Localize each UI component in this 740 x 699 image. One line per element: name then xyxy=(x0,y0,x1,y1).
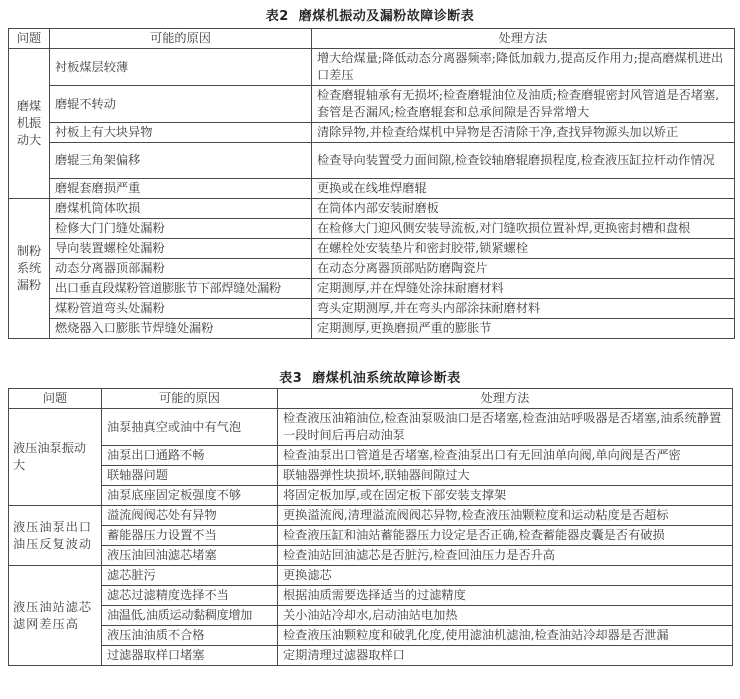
cause-cell: 滤芯过滤精度选择不当 xyxy=(102,586,278,606)
table-row: 制粉系统漏粉 磨煤机筒体吹损 在筒体内部安装耐磨板 xyxy=(9,199,735,219)
method-cell: 在螺栓处安装垫片和密封胶带,锁紧螺栓 xyxy=(312,239,735,259)
table-row: 蓄能器压力设置不当 检查液压缸和油站蓄能器压力设定是否正确,检查蓄能器皮囊是否有… xyxy=(9,526,733,546)
method-cell: 检查液压油箱油位,检查油泵吸油口是否堵塞,检查油站呼吸器是否堵塞,油系统静置一段… xyxy=(278,409,733,446)
method-cell: 检查导向装置受力面间隙,检查铰轴磨辊磨损程度,检查液压缸拉杆动作情况 xyxy=(312,143,735,179)
table3-issue-pressure-fluctuation: 液压油泵出口油压反复波动 xyxy=(9,506,102,566)
method-cell: 检查磨辊轴承有无损坏;检查磨辊油位及油质;检查磨辊密封风管道是否堵塞,套管是否漏… xyxy=(312,86,735,123)
table3-caption-title: 磨煤机油系统故障诊断表 xyxy=(312,371,461,386)
table3-caption: 表3磨煤机油系统故障诊断表 xyxy=(0,367,740,386)
cause-cell: 磨辊不转动 xyxy=(50,86,312,123)
cause-cell: 检修大门门缝处漏粉 xyxy=(50,219,312,239)
table2-header-method: 处理方法 xyxy=(312,29,735,49)
table-row: 联轴器问题 联轴器弹性块损坏,联轴器间隙过大 xyxy=(9,466,733,486)
table-row: 液压油油质不合格 检查液压油颗粒度和破乳化度,使用滤油机滤油,检查油站冷却器是否… xyxy=(9,626,733,646)
method-cell: 清除异物,并检查给煤机中异物是否清除干净,查找异物源头加以矫正 xyxy=(312,123,735,143)
cause-cell: 动态分离器顶部漏粉 xyxy=(50,259,312,279)
cause-cell: 衬板煤层较薄 xyxy=(50,49,312,86)
method-cell: 定期测厚,更换磨损严重的膨胀节 xyxy=(312,319,735,339)
table-row: 检修大门门缝处漏粉 在检修大门迎风侧安装导流板,对门缝吹损位置补焊,更换密封槽和… xyxy=(9,219,735,239)
cause-cell: 磨辊三角架偏移 xyxy=(50,143,312,179)
table-row: 导向装置螺栓处漏粉 在螺栓处安装垫片和密封胶带,锁紧螺栓 xyxy=(9,239,735,259)
method-cell: 在检修大门迎风侧安装导流板,对门缝吹损位置补焊,更换密封槽和盘根 xyxy=(312,219,735,239)
table-row: 动态分离器顶部漏粉 在动态分离器顶部贴防磨陶瓷片 xyxy=(9,259,735,279)
table2-header-issue: 问题 xyxy=(9,29,50,49)
cause-cell: 油泵底座固定板强度不够 xyxy=(102,486,278,506)
method-cell: 在动态分离器顶部贴防磨陶瓷片 xyxy=(312,259,735,279)
cause-cell: 蓄能器压力设置不当 xyxy=(102,526,278,546)
table2-issue-powder-leak: 制粉系统漏粉 xyxy=(9,199,50,339)
cause-cell: 联轴器问题 xyxy=(102,466,278,486)
table-row: 衬板上有大块异物 清除异物,并检查给煤机中异物是否清除干净,查找异物源头加以矫正 xyxy=(9,123,735,143)
cause-cell: 溢流阀阀芯处有异物 xyxy=(102,506,278,526)
cause-cell: 磨煤机筒体吹损 xyxy=(50,199,312,219)
cause-cell: 液压油油质不合格 xyxy=(102,626,278,646)
table2-header-cause: 可能的原因 xyxy=(50,29,312,49)
method-cell: 更换或在线堆焊磨辊 xyxy=(312,179,735,199)
method-cell: 在筒体内部安装耐磨板 xyxy=(312,199,735,219)
table2-caption-number: 表2 xyxy=(266,9,289,24)
method-cell: 关小油站冷却水,启动油站电加热 xyxy=(278,606,733,626)
table3-header-method: 处理方法 xyxy=(278,389,733,409)
table3-caption-number: 表3 xyxy=(279,371,302,386)
table2-header-row: 问题 可能的原因 处理方法 xyxy=(9,29,735,49)
method-cell: 弯头定期测厚,并在弯头内部涂抹耐磨材料 xyxy=(312,299,735,319)
method-cell: 检查油站回油滤芯是否脏污,检查回油压力是否升高 xyxy=(278,546,733,566)
cause-cell: 油温低,油质运动黏稠度增加 xyxy=(102,606,278,626)
table-row: 液压油回油滤芯堵塞 检查油站回油滤芯是否脏污,检查回油压力是否升高 xyxy=(9,546,733,566)
table-row: 油温低,油质运动黏稠度增加 关小油站冷却水,启动油站电加热 xyxy=(9,606,733,626)
cause-cell: 油泵出口通路不畅 xyxy=(102,446,278,466)
cause-cell: 煤粉管道弯头处漏粉 xyxy=(50,299,312,319)
table-row: 液压油泵振动大 油泵抽真空或油中有气泡 检查液压油箱油位,检查油泵吸油口是否堵塞… xyxy=(9,409,733,446)
table-row: 滤芯过滤精度选择不当 根据油质需要选择适当的过滤精度 xyxy=(9,586,733,606)
method-cell: 更换滤芯 xyxy=(278,566,733,586)
table3-issue-pump-vibration: 液压油泵振动大 xyxy=(9,409,102,506)
table-row: 油泵出口通路不畅 检查油泵出口管道是否堵塞,检查油泵出口有无回油单向阀,单向阀是… xyxy=(9,446,733,466)
table2-fault-diagnosis: 问题 可能的原因 处理方法 磨煤机振动大 衬板煤层较薄 增大给煤量;降低动态分离… xyxy=(8,28,735,339)
table2-caption: 表2磨煤机振动及漏粉故障诊断表 xyxy=(0,5,740,24)
cause-cell: 过滤器取样口堵塞 xyxy=(102,646,278,666)
method-cell: 增大给煤量;降低动态分离器频率;降低加载力,提高反作用力;提高磨煤机进出口差压 xyxy=(312,49,735,86)
cause-cell: 衬板上有大块异物 xyxy=(50,123,312,143)
cause-cell: 出口垂直段煤粉管道膨胀节下部焊缝处漏粉 xyxy=(50,279,312,299)
method-cell: 根据油质需要选择适当的过滤精度 xyxy=(278,586,733,606)
table-row: 液压油泵出口油压反复波动 溢流阀阀芯处有异物 更换溢流阀,清理溢流阀阀芯异物,检… xyxy=(9,506,733,526)
method-cell: 检查液压油颗粒度和破乳化度,使用滤油机滤油,检查油站冷却器是否泄漏 xyxy=(278,626,733,646)
table2-issue-mill-vibration: 磨煤机振动大 xyxy=(9,49,50,199)
table3-header-issue: 问题 xyxy=(9,389,102,409)
method-cell: 检查油泵出口管道是否堵塞,检查油泵出口有无回油单向阀,单向阀是否严密 xyxy=(278,446,733,466)
table3-oil-system-diagnosis: 问题 可能的原因 处理方法 液压油泵振动大 油泵抽真空或油中有气泡 检查液压油箱… xyxy=(8,388,733,666)
table-row: 油泵底座固定板强度不够 将固定板加厚,或在固定板下部安装支撑架 xyxy=(9,486,733,506)
method-cell: 定期测厚,并在焊缝处涂抹耐磨材料 xyxy=(312,279,735,299)
table2-caption-title: 磨煤机振动及漏粉故障诊断表 xyxy=(299,9,475,24)
table-row: 磨辊不转动 检查磨辊轴承有无损坏;检查磨辊油位及油质;检查磨辊密封风管道是否堵塞… xyxy=(9,86,735,123)
table-row: 磨辊套磨损严重 更换或在线堆焊磨辊 xyxy=(9,179,735,199)
method-cell: 将固定板加厚,或在固定板下部安装支撑架 xyxy=(278,486,733,506)
table-row: 液压油站滤芯滤网差压高 滤芯脏污 更换滤芯 xyxy=(9,566,733,586)
table3-header-row: 问题 可能的原因 处理方法 xyxy=(9,389,733,409)
method-cell: 检查液压缸和油站蓄能器压力设定是否正确,检查蓄能器皮囊是否有破损 xyxy=(278,526,733,546)
table-row: 燃烧器入口膨胀节焊缝处漏粉 定期测厚,更换磨损严重的膨胀节 xyxy=(9,319,735,339)
table-row: 磨辊三角架偏移 检查导向装置受力面间隙,检查铰轴磨辊磨损程度,检查液压缸拉杆动作… xyxy=(9,143,735,179)
table-row: 煤粉管道弯头处漏粉 弯头定期测厚,并在弯头内部涂抹耐磨材料 xyxy=(9,299,735,319)
cause-cell: 滤芯脏污 xyxy=(102,566,278,586)
cause-cell: 液压油回油滤芯堵塞 xyxy=(102,546,278,566)
table3-header-cause: 可能的原因 xyxy=(102,389,278,409)
cause-cell: 磨辊套磨损严重 xyxy=(50,179,312,199)
cause-cell: 导向装置螺栓处漏粉 xyxy=(50,239,312,259)
table3-issue-filter-pressure: 液压油站滤芯滤网差压高 xyxy=(9,566,102,666)
method-cell: 更换溢流阀,清理溢流阀阀芯异物,检查液压油颗粒度和运动粘度是否超标 xyxy=(278,506,733,526)
table-row: 过滤器取样口堵塞 定期清理过滤器取样口 xyxy=(9,646,733,666)
table-row: 出口垂直段煤粉管道膨胀节下部焊缝处漏粉 定期测厚,并在焊缝处涂抹耐磨材料 xyxy=(9,279,735,299)
table-row: 磨煤机振动大 衬板煤层较薄 增大给煤量;降低动态分离器频率;降低加载力,提高反作… xyxy=(9,49,735,86)
method-cell: 定期清理过滤器取样口 xyxy=(278,646,733,666)
method-cell: 联轴器弹性块损坏,联轴器间隙过大 xyxy=(278,466,733,486)
cause-cell: 燃烧器入口膨胀节焊缝处漏粉 xyxy=(50,319,312,339)
cause-cell: 油泵抽真空或油中有气泡 xyxy=(102,409,278,446)
